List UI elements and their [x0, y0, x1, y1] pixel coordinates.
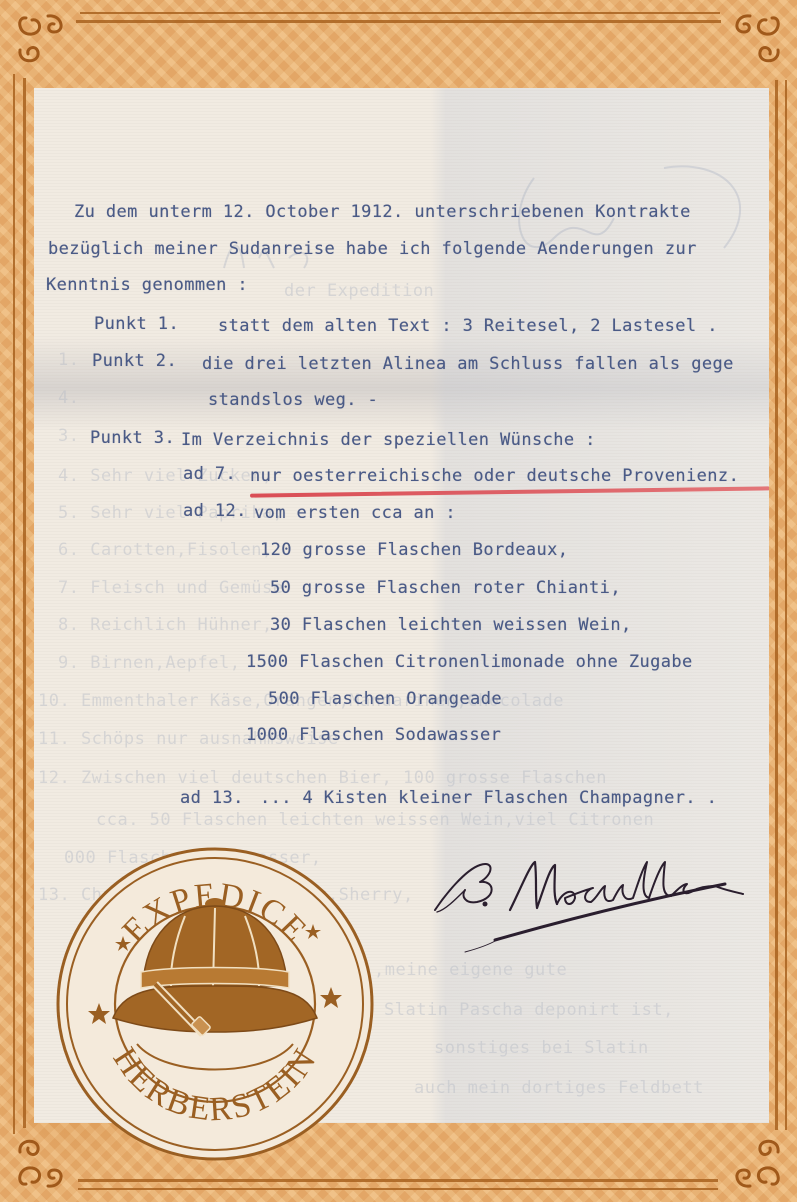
- intro-line-3: Kenntnis genommen :: [46, 275, 248, 295]
- frame-left-line: [13, 74, 15, 1134]
- ad12-item: 120 grosse Flaschen Bordeaux,: [260, 540, 568, 560]
- ghost-text: 5. Sehr viel Paprika,: [58, 503, 283, 523]
- punkt1-text: statt dem alten Text : 3 Reitesel, 2 Las…: [218, 316, 718, 336]
- ornament-corner-top-left-icon: [10, 6, 70, 66]
- ghost-text: auch mein dortiges Feldbett: [414, 1078, 704, 1098]
- ad13-text: ... 4 Kisten kleiner Flaschen Champagner…: [260, 788, 717, 808]
- intro-line-2: bezüglich meiner Sudanreise habe ich fol…: [48, 239, 697, 259]
- ghost-text: 7. Fleisch und Gemüse: [58, 578, 283, 598]
- ghost-text: Slatin Pascha deponirt ist,: [384, 1000, 674, 1020]
- punkt2-continuation: standslos weg. -: [208, 390, 378, 410]
- ghost-text: 12. Zwischen viel deutschen Bier, 100 gr…: [38, 768, 607, 788]
- frame-top-line: [80, 12, 720, 14]
- frame-bottom-line: [78, 1188, 718, 1190]
- ghost-text: 3.: [58, 426, 79, 446]
- ad12-item: 1000 Flaschen Sodawasser: [246, 725, 501, 745]
- ad7-label: ad 7.: [183, 464, 236, 484]
- ghost-text: der Expedition: [284, 281, 434, 301]
- ghost-text: cca. 50 Flaschen leichten weissen Wein,v…: [96, 810, 654, 830]
- ghost-text: 8. Reichlich Hühner,: [58, 615, 273, 635]
- ghost-text: ,meine eigene gute: [374, 960, 567, 980]
- intro-line-1: Zu dem unterm 12. October 1912. untersch…: [74, 202, 691, 222]
- ghost-text: 4.: [58, 388, 79, 408]
- punkt3-text: Im Verzeichnis der speziellen Wünsche :: [181, 430, 596, 450]
- punkt1-label: Punkt 1.: [94, 314, 179, 334]
- ornament-corner-bottom-right-icon: [728, 1136, 788, 1196]
- ghost-text: 6. Carotten,Fisolen,: [58, 540, 273, 560]
- ad12-label: ad 12.: [183, 501, 247, 521]
- frame-right-line-inner: [775, 80, 778, 1130]
- frame-left-line-inner: [23, 78, 26, 1128]
- ad13-label: ad 13.: [180, 788, 244, 808]
- ad12-text: vom ersten cca an :: [254, 503, 456, 523]
- ad12-item: 1500 Flaschen Citronenlimonade ohne Zuga…: [246, 652, 693, 672]
- frame-right-line: [785, 80, 787, 1130]
- ghost-text: 9. Birnen,Aepfel,: [58, 653, 241, 673]
- frame-top-line-inner: [76, 20, 721, 23]
- punkt3-label: Punkt 3.: [90, 428, 175, 448]
- signature-icon: [425, 840, 765, 960]
- expedice-herberstein-stamp: EXPEDICE HERBERSTEIN: [55, 846, 375, 1162]
- ad12-item: 30 Flaschen leichten weissen Wein,: [270, 615, 632, 635]
- ghost-text: 1.: [58, 350, 79, 370]
- ghost-text: sonstiges bei Slatin: [434, 1038, 649, 1058]
- ghost-text: 4. Sehr viel Zucker,: [58, 466, 273, 486]
- punkt2-text: die drei letzten Alinea am Schluss falle…: [202, 354, 734, 374]
- ad7-text: nur oesterreichische oder deutsche Prove…: [250, 466, 739, 486]
- frame-bottom-line-inner: [78, 1179, 718, 1182]
- ad12-item: 500 Flaschen Orangeade: [268, 689, 502, 709]
- ad12-item: 50 grosse Flaschen roter Chianti,: [270, 578, 621, 598]
- red-pencil-underline: [250, 486, 769, 497]
- ornament-corner-top-right-icon: [728, 6, 788, 66]
- punkt2-label: Punkt 2.: [92, 351, 177, 371]
